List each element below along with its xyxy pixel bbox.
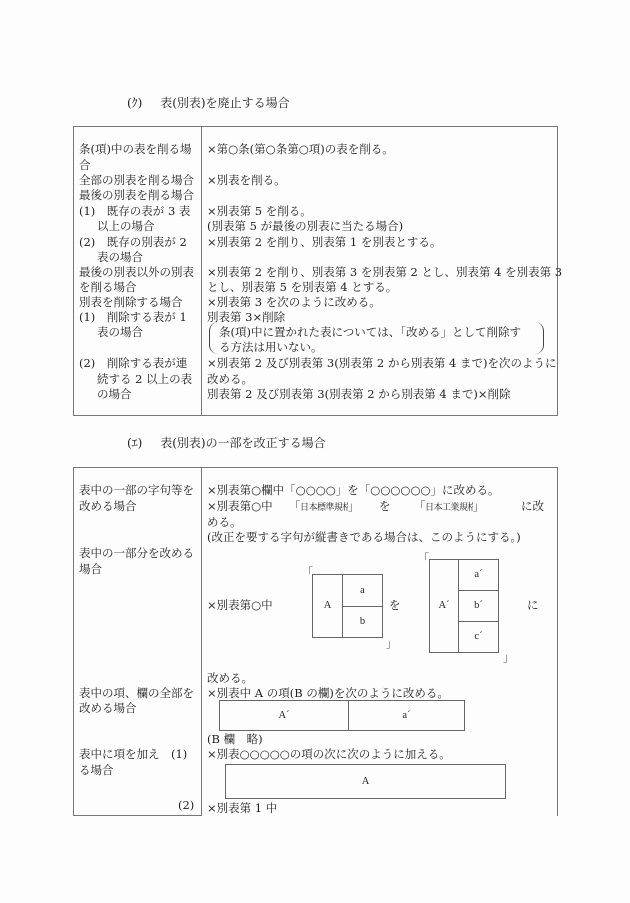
left-text: 以上の場合 (97, 218, 155, 234)
right-text: める。 (207, 514, 242, 530)
right-text: ×別表中 A の項(B の欄)を次のように改める。 (207, 685, 449, 701)
new-table-left-cell: A´ (429, 559, 459, 653)
section2-heading-number: (ｴ) (127, 436, 142, 450)
close-quote: 」 (473, 498, 485, 514)
diagram-ni: に (527, 597, 539, 613)
right-text: 別表第 2 及び別表第 3(別表第 2 から別表第 4 まで)×削除 (207, 386, 510, 402)
vertical-old-text: 日本標準規格 (300, 498, 348, 514)
left-text: 続する 2 以上の表 (97, 371, 192, 387)
left-text: (2) 削除する表が連 (79, 355, 187, 371)
left-text: (1) 削除する表が 1 (79, 309, 187, 325)
right-text: ×別表第○欄中「○○○○」を「○○○○○○」に改める。 (207, 482, 500, 498)
left-text: 改める場合 (79, 498, 137, 514)
diagram-prefix: ×別表第○中 (207, 597, 273, 613)
left-text: る場合 (79, 762, 114, 778)
open-quote: 「 (414, 498, 426, 514)
right-text: ×別表第 2 及び別表第 3(別表第 2 から別表第 4 まで)を次のように (207, 355, 556, 371)
right-text: に改 (521, 498, 544, 514)
new-table-cell-a: a´ (458, 559, 499, 591)
add-row-box: A (225, 764, 506, 799)
left-text: 最後の別表以外の別表 (79, 264, 194, 280)
section2-table-top (73, 467, 558, 468)
left-text: 全部の別表を削る場合 (79, 172, 194, 188)
diagram-wo: を (389, 597, 401, 613)
close-quote: 」 (348, 498, 360, 514)
right-text: (改正を要する字句が縦書きである場合は、このようにする。) (207, 529, 521, 545)
right-text: 改める。 (207, 670, 253, 686)
right-text: (別表第 5 が最後の別表に当たる場合) (207, 218, 403, 234)
left-text: 改める場合 (79, 700, 137, 716)
right-text: ×別表第○中 (207, 498, 273, 514)
item-row-cell-b: a´ (348, 700, 465, 731)
left-text: 表の場合 (97, 324, 143, 340)
section2-column-divider (201, 467, 202, 816)
left-text: を削る場合 (79, 279, 137, 295)
right-text: ×第○条(第○条第○項)の表を削る。 (207, 141, 394, 157)
left-text: 表中の項、欄の全部を (79, 685, 194, 701)
left-text: (2) (178, 797, 194, 813)
open-quote: 「 (289, 498, 301, 514)
right-text: ×別表第 5 を削る。 (207, 203, 312, 219)
left-text: 表中に項を加え (1) (79, 746, 187, 762)
left-text: 合 (79, 157, 91, 173)
left-text: 最後の別表を削る場合 (79, 187, 194, 203)
close-quote: 」 (386, 636, 397, 652)
section1-heading-text: 表(別表)を廃止する場合 (160, 96, 289, 110)
item-row-cell-a: A´ (219, 700, 349, 731)
left-text: 表の場合 (97, 249, 143, 265)
section2-table-right (557, 467, 558, 816)
right-text: ×別表第 2 を削り、別表第 1 を別表とする。 (207, 234, 441, 250)
note-text: る方法は用いない。 (219, 339, 323, 355)
new-table-cell-c: c´ (458, 621, 499, 653)
right-text: ×別表○○○○○の項の次に次のように加える。 (207, 746, 451, 762)
section1-column-divider (201, 126, 202, 416)
right-text: ×別表第 3 を次のように改める。 (207, 294, 381, 310)
right-text: とし、別表第 5 を別表第 4 とする。 (207, 279, 397, 295)
right-text: ×別表を削る。 (207, 172, 286, 188)
old-table-left-cell: A (312, 574, 343, 638)
section2-table-left (73, 467, 74, 816)
left-text: (2) 既存の別表が 2 (79, 234, 187, 250)
left-text: 表中の一部分を改める (79, 545, 194, 561)
section1-heading-number: (ｸ) (127, 96, 142, 110)
right-text: ×別表第 1 中 (207, 800, 277, 816)
section2-table-bottom-left (73, 815, 202, 816)
right-text: ×別表第 2 を削り、別表第 3 を別表第 2 とし、別表第 4 を別表第 3 (207, 264, 562, 280)
open-quote: 「 (418, 551, 429, 567)
right-text: を (379, 498, 391, 514)
left-text: の場合 (97, 386, 132, 402)
old-table-cell-a: a (342, 574, 383, 607)
vertical-new-text: 日本工業規格 (425, 498, 473, 514)
right-text: (B 欄 略) (207, 731, 263, 747)
section2-heading-text: 表(別表)の一部を改正する場合 (160, 436, 325, 450)
left-text: 条(項)中の表を削る場 (79, 141, 191, 157)
section2-heading: (ｴ) 表(別表)の一部を改正する場合 (127, 435, 326, 451)
new-table-cell-b: b´ (458, 590, 499, 622)
right-text: 改める。 (207, 371, 253, 387)
note-text: 条(項)中に置かれた表については、「改める」として削除す (219, 324, 521, 340)
left-text: 別表を削除する場合 (79, 294, 183, 310)
close-quote: 」 (503, 650, 514, 666)
left-text: (1) 既存の表が 3 表 (79, 203, 190, 219)
left-text: 表中の一部の字句等を (79, 482, 194, 498)
section1-heading: (ｸ) 表(別表)を廃止する場合 (127, 95, 290, 111)
old-table-cell-b: b (342, 606, 383, 638)
left-text: 場合 (79, 561, 102, 577)
